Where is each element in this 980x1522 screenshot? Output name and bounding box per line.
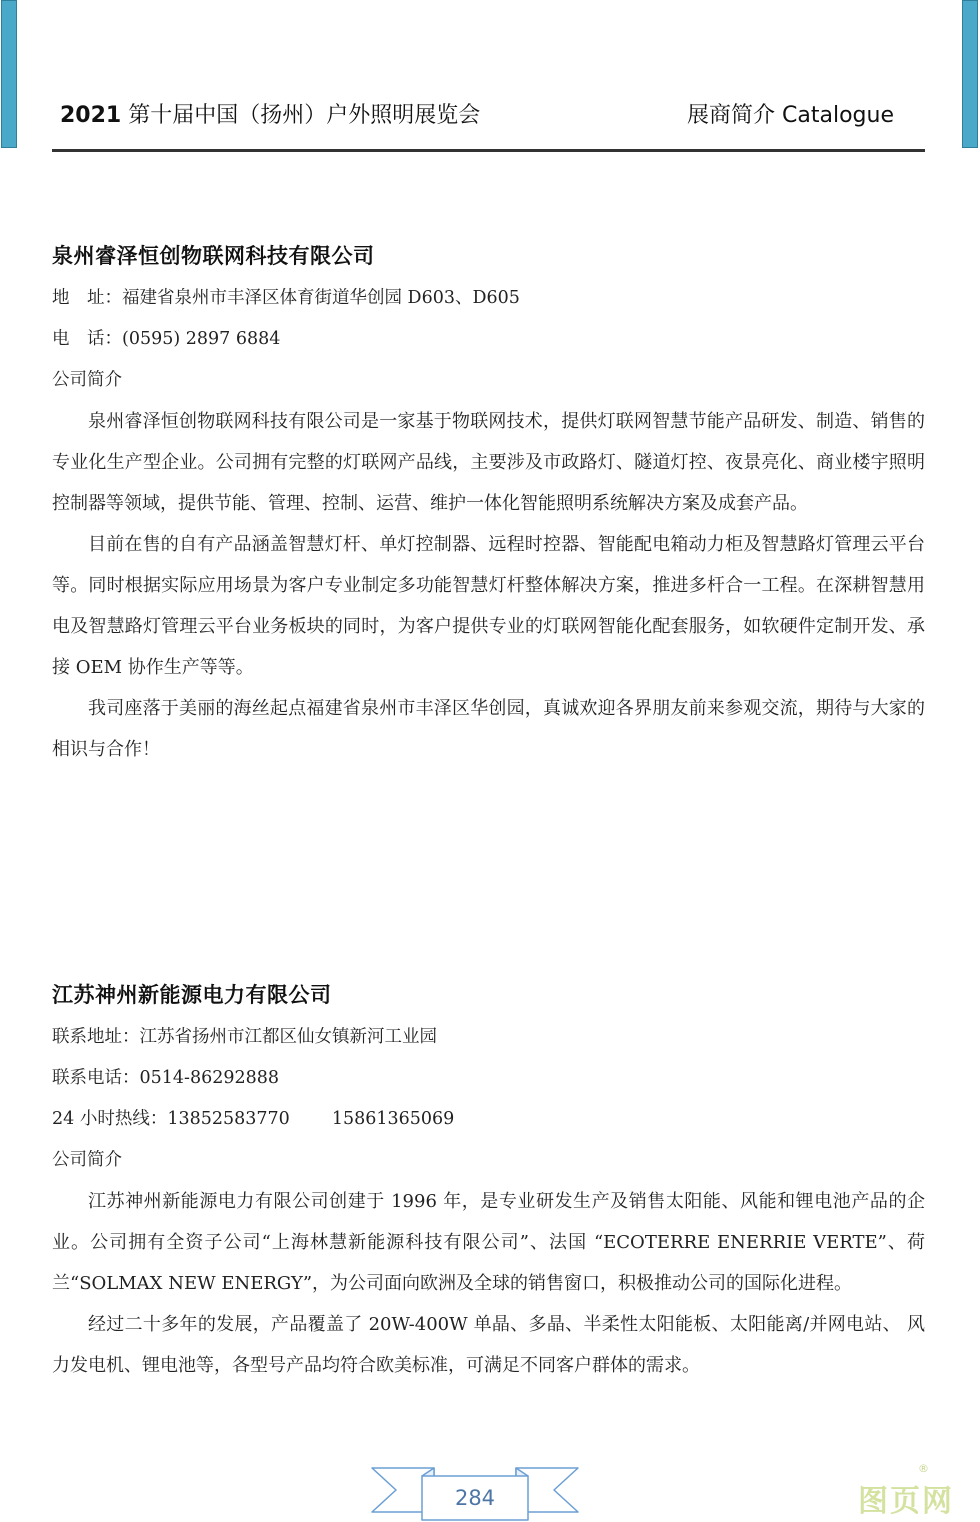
left-decorative-bar xyxy=(1,0,17,148)
hotline-line: 24 小时热线：1385258377015861365069 xyxy=(52,1099,925,1140)
phone-line: 联系电话：0514-86292888 xyxy=(52,1058,925,1099)
address-line: 联系地址：江苏省扬州市江都区仙女镇新河工业园 xyxy=(52,1017,925,1058)
watermark-text: 图页网 xyxy=(858,1484,954,1519)
intro-paragraph: 江苏神州新能源电力有限公司创建于 1996 年，是专业研发生产及销售太阳能、风能… xyxy=(52,1181,925,1304)
field-label: 电 话： xyxy=(52,329,122,349)
phone-line: 电 话：(0595) 2897 6884 xyxy=(52,319,925,360)
registered-mark-icon: ® xyxy=(918,1462,929,1475)
field-label: 24 小时热线： xyxy=(52,1109,167,1129)
page-number-ribbon: 284 xyxy=(370,1464,580,1522)
company-entry: 江苏神州新能源电力有限公司 联系地址：江苏省扬州市江都区仙女镇新河工业园 联系电… xyxy=(52,981,925,1386)
field-label: 地 址： xyxy=(52,288,122,308)
intro-label: 公司简介 xyxy=(52,360,925,401)
intro-paragraph: 我司座落于美丽的海丝起点福建省泉州市丰泽区华创园，真诚欢迎各界朋友前来参观交流，… xyxy=(52,688,925,770)
field-value: (0595) 2897 6884 xyxy=(122,329,280,349)
field-value: 福建省泉州市丰泽区体育街道华创园 D603、D605 xyxy=(122,288,520,308)
field-label: 联系地址： xyxy=(52,1027,140,1047)
catalogue-label: 展商简介 Catalogue xyxy=(687,98,894,129)
company-name: 泉州睿泽恒创物联网科技有限公司 xyxy=(52,242,925,270)
exhibition-title: 2021 第十届中国（扬州）户外照明展览会 xyxy=(60,98,480,129)
intro-label: 公司简介 xyxy=(52,1140,925,1181)
exhibition-name: 第十届中国（扬州）户外照明展览会 xyxy=(121,103,480,128)
field-value-secondary: 15861365069 xyxy=(332,1109,454,1129)
exhibition-year: 2021 xyxy=(60,103,121,128)
page-number: 284 xyxy=(422,1486,528,1510)
field-value: 13852583770 xyxy=(167,1109,289,1129)
field-value: 0514-86292888 xyxy=(140,1068,280,1088)
company-name: 江苏神州新能源电力有限公司 xyxy=(52,981,925,1009)
field-label: 联系电话： xyxy=(52,1068,140,1088)
intro-paragraph: 目前在售的自有产品涵盖智慧灯杆、单灯控制器、远程时控器、智能配电箱动力柜及智慧路… xyxy=(52,524,925,688)
company-entry: 泉州睿泽恒创物联网科技有限公司 地 址：福建省泉州市丰泽区体育街道华创园 D60… xyxy=(52,242,925,770)
field-value: 江苏省扬州市江都区仙女镇新河工业园 xyxy=(140,1027,438,1047)
intro-paragraph: 经过二十多年的发展，产品覆盖了 20W-400W 单晶、多晶、半柔性太阳能板、太… xyxy=(52,1304,925,1386)
page-header: 2021 第十届中国（扬州）户外照明展览会 展商简介 Catalogue xyxy=(60,98,894,134)
right-decorative-bar xyxy=(962,0,978,148)
address-line: 地 址：福建省泉州市丰泽区体育街道华创园 D603、D605 xyxy=(52,278,925,319)
intro-paragraph: 泉州睿泽恒创物联网科技有限公司是一家基于物联网技术，提供灯联网智慧节能产品研发、… xyxy=(52,401,925,524)
header-divider xyxy=(52,149,925,152)
site-watermark: 图页网 ® xyxy=(858,1476,954,1520)
